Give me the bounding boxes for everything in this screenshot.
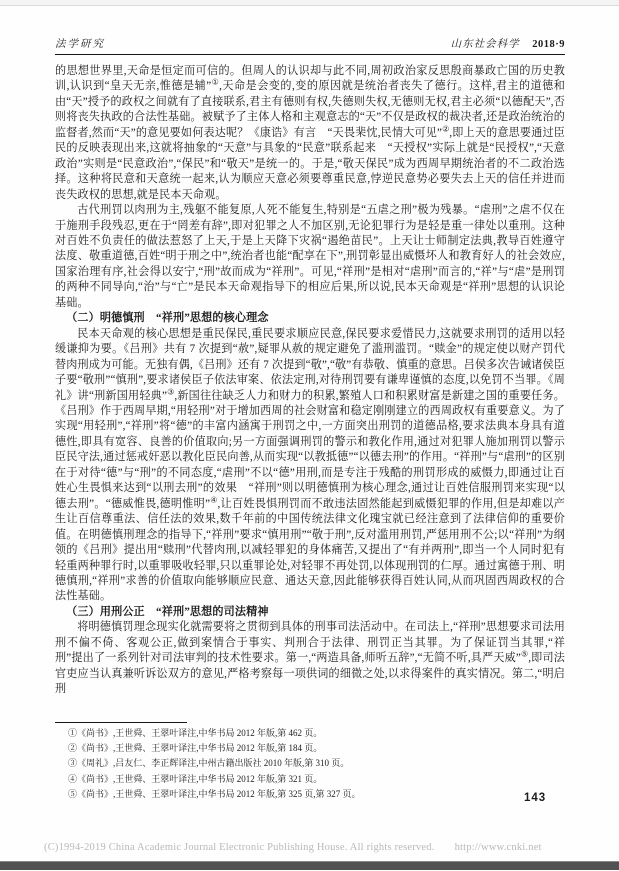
paragraph: 民本天命观的核心思想是重民保民,重民要求顺应民意,保民要求爱惜民力,这就要求刑罚…: [55, 327, 565, 605]
issue-label: 2018·9: [532, 39, 565, 50]
paragraph: 将明德慎罚理念现实化就需要将之贯彻到具体的刑事司法活动中。在司法上,“祥刑”思想…: [55, 620, 565, 697]
paragraph: 的思想世界里,天命是恒定而可信的。但周人的认识却与此不同,周初政治家反思殷商暴政…: [55, 64, 565, 203]
journal-page: 法学研究 山东社会科学 2018·9 的思想世界里,天命是恒定而可信的。但周人的…: [0, 0, 619, 871]
paragraph: 古代刑罚以肉刑为主,残躯不能复原,人死不能复生,特别是“五虐之刑”极为残暴。“虐…: [55, 203, 565, 311]
section-heading: （三）用刑公正 “祥刑”思想的司法精神: [55, 605, 565, 620]
footnote-divider: [55, 722, 187, 723]
footnote-list: ①《尚书》,王世舜、王翠叶译注,中华书局 2012 年版,第 462 页。 ②《…: [68, 726, 565, 802]
copyright-row: (C)1994-2019 China Academic Journal Elec…: [44, 842, 604, 853]
journal-issue-block: 山东社会科学 2018·9: [451, 36, 565, 51]
footnote-item: ①《尚书》,王世舜、王翠叶译注,中华书局 2012 年版,第 462 页。: [68, 726, 565, 741]
header-rule: [55, 54, 565, 55]
article-body: 的思想世界里,天命是恒定而可信的。但周人的认识却与此不同,周初政治家反思殷商暴政…: [55, 64, 565, 698]
footnote-item: ⑤《尚书》,王世舜、王翠叶译注,中华书局 2012 年版,第 325 页,第 3…: [68, 787, 565, 802]
footnote-item: ②《尚书》,王世舜、王翠叶译注,中华书局 2012 年版,第 184 页。: [68, 741, 565, 756]
copyright-url: http://www.cnki.net: [455, 842, 542, 853]
page-header: 法学研究 山东社会科学 2018·9: [55, 36, 565, 54]
journal-name: 山东社会科学: [451, 39, 520, 50]
copyright-notice: (C)1994-2019 China Academic Journal Elec…: [44, 842, 435, 853]
footnote-item: ③《周礼》,吕友仁、李正辉译注,中州古籍出版社 2010 年版,第 310 页。: [68, 756, 565, 771]
footnote-item: ④《尚书》,王世舜、王翠叶译注,中华书局 2012 年版,第 321 页。: [68, 772, 565, 787]
section-heading: （二）明德慎刑 “祥刑”思想的核心理念: [55, 311, 565, 326]
journal-section-label: 法学研究: [55, 36, 105, 51]
page-number: 143: [524, 792, 546, 804]
scan-edge-artifact: [0, 0, 619, 6]
scan-bottom-bar: [0, 861, 619, 870]
